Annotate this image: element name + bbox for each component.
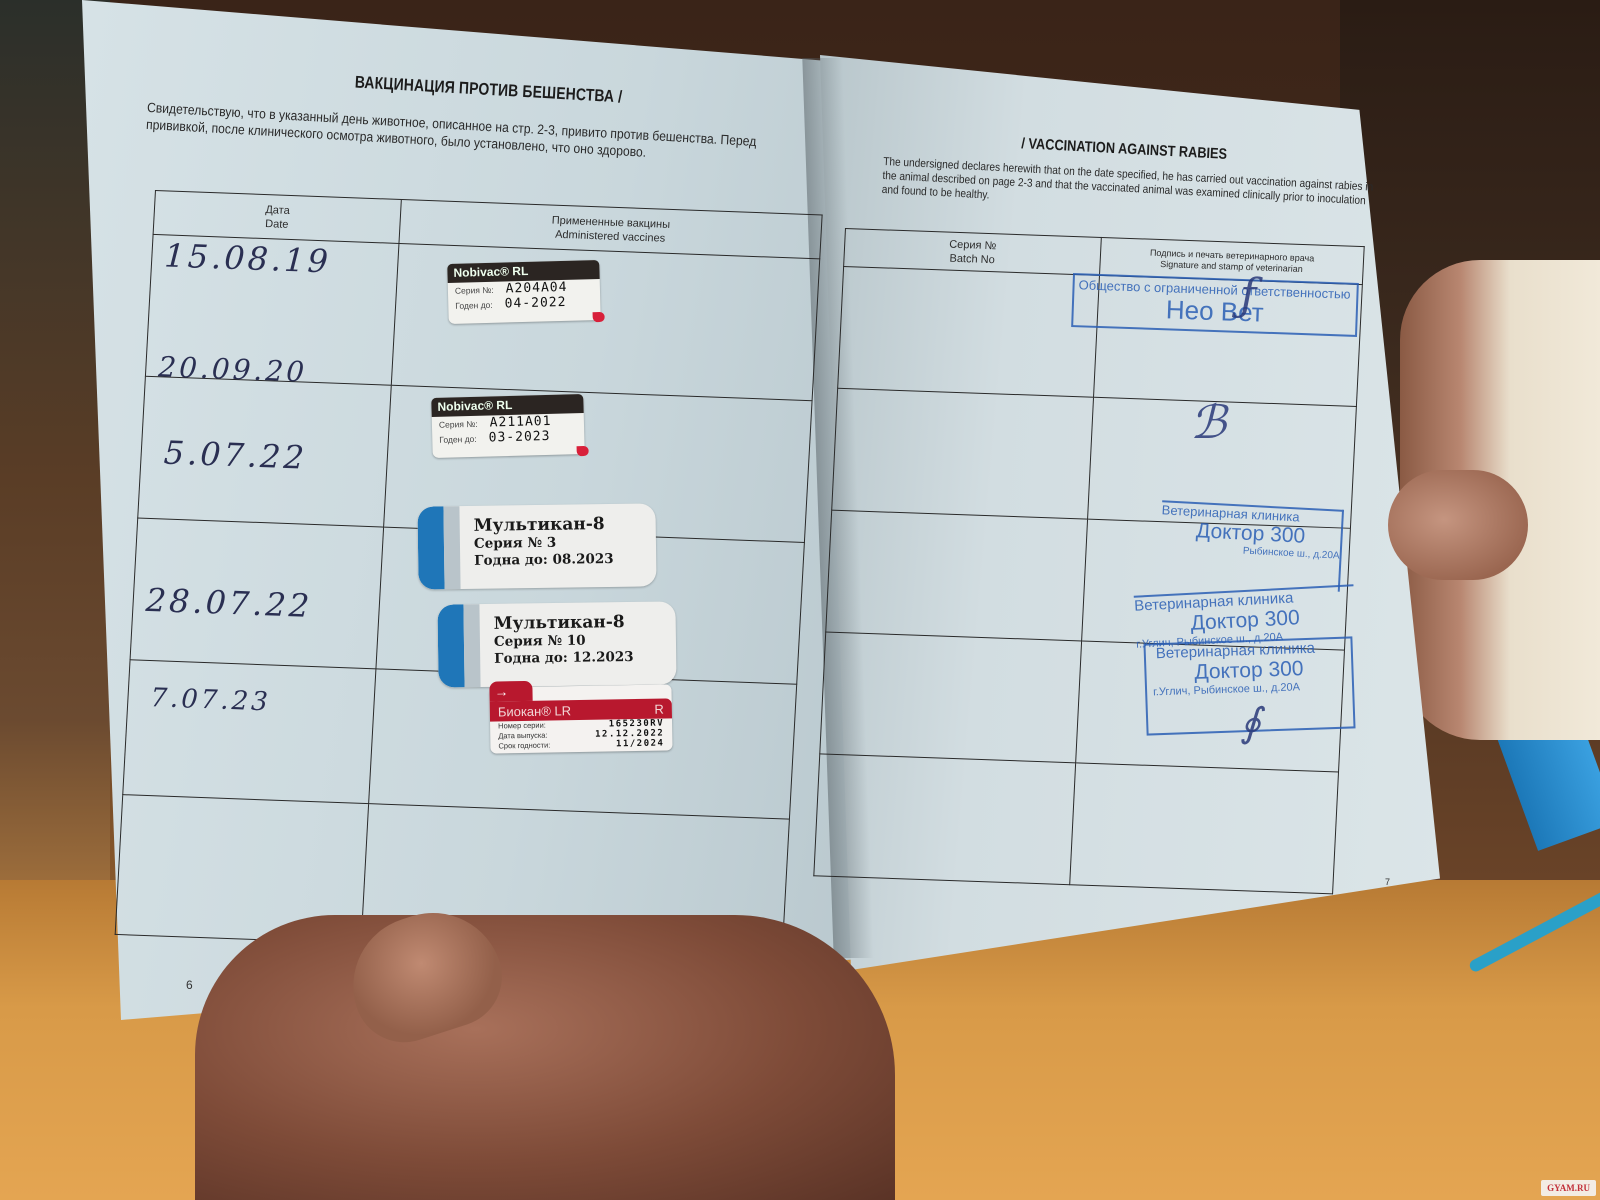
label-expiry-value: 11/2024: [616, 739, 665, 750]
vaccine-label-multikan: Мультикан-8 Серия № 10 Годна до: 12.2023: [437, 601, 676, 687]
watermark: GYAM.RU: [1541, 1180, 1596, 1196]
page-number-left: 6: [186, 978, 193, 992]
stamp-neo-vet: Общество с ограниченной ответственностью…: [1071, 273, 1359, 337]
vaccine-label-nobivac: Nobivac® RL Серия №:A204A04 Годен до:04-…: [447, 260, 601, 324]
label-series-caption: Серия №:: [439, 418, 478, 429]
signature: ∮: [1240, 700, 1261, 746]
label-expiry-caption: Годен до:: [455, 299, 493, 310]
label-brand: Мультикан-8: [494, 612, 634, 634]
label-expiry-value: 03-2023: [488, 429, 550, 446]
handwritten-date: 7.07.23: [128, 682, 374, 721]
label-grey-stripe: [463, 604, 480, 687]
label-grey-stripe: [443, 506, 460, 589]
date-cell: 7.07.23: [123, 660, 376, 804]
label-red-corner: [577, 446, 589, 456]
page-number-right: 7: [1385, 877, 1390, 887]
batch-cell: [814, 754, 1076, 885]
label-brand: Биокан® LR: [498, 703, 571, 719]
label-expiry-caption: Срок годности:: [498, 741, 550, 752]
label-red-corner: [593, 312, 605, 322]
label-expiry: Годна до: 12.2023: [494, 649, 634, 668]
arrow-right-icon: →: [489, 681, 532, 702]
batch-cell: [826, 510, 1088, 641]
table-row: [814, 754, 1339, 894]
vaccine-label-biokan: → Биокан® LRR Номер серии:165230RV Дата …: [489, 684, 672, 753]
label-expiry-caption: Годен до:: [439, 433, 477, 444]
label-expiry-value: 04-2022: [504, 295, 566, 312]
left-hand: [195, 915, 895, 1200]
handwritten-date: 15.08.19: [151, 235, 398, 282]
label-series-value: A211A01: [490, 414, 552, 431]
label-series-value: A204A04: [506, 280, 568, 297]
signature: ƒ: [1240, 270, 1256, 321]
batch-cell: [820, 632, 1082, 763]
date-cell: 20.09.20 5.07.22: [138, 376, 392, 527]
signature: ℬ: [1190, 395, 1226, 449]
handwritten-date: 28.07.22: [133, 580, 380, 627]
label-series: Серия № 10: [494, 632, 634, 651]
stamp-doctor-300: Ветеринарная клиника Доктор 300 Рыбинско…: [1158, 500, 1344, 591]
label-blue-stripe: [437, 604, 464, 687]
batch-cell: [832, 388, 1094, 519]
batch-cell: [838, 266, 1100, 397]
vaccine-label-nobivac: Nobivac® RL Серия №:A211A01 Годен до:03-…: [431, 394, 585, 458]
label-blue-stripe: [417, 506, 444, 589]
label-mark: R: [654, 701, 664, 716]
date-cell: 28.07.22: [130, 518, 384, 669]
label-series-caption: Серия №:: [455, 284, 494, 295]
label-brand: Мультикан-8: [474, 514, 614, 536]
label-expiry: Годна до: 08.2023: [474, 551, 614, 570]
vaccine-label-multikan: Мультикан-8 Серия № 3 Годна до: 08.2023: [417, 503, 656, 589]
right-hand-finger: [1388, 470, 1528, 580]
signature-cell: [1070, 763, 1339, 894]
label-series: Серия № 3: [474, 534, 614, 553]
handwritten-date: 5.07.22: [141, 432, 388, 479]
